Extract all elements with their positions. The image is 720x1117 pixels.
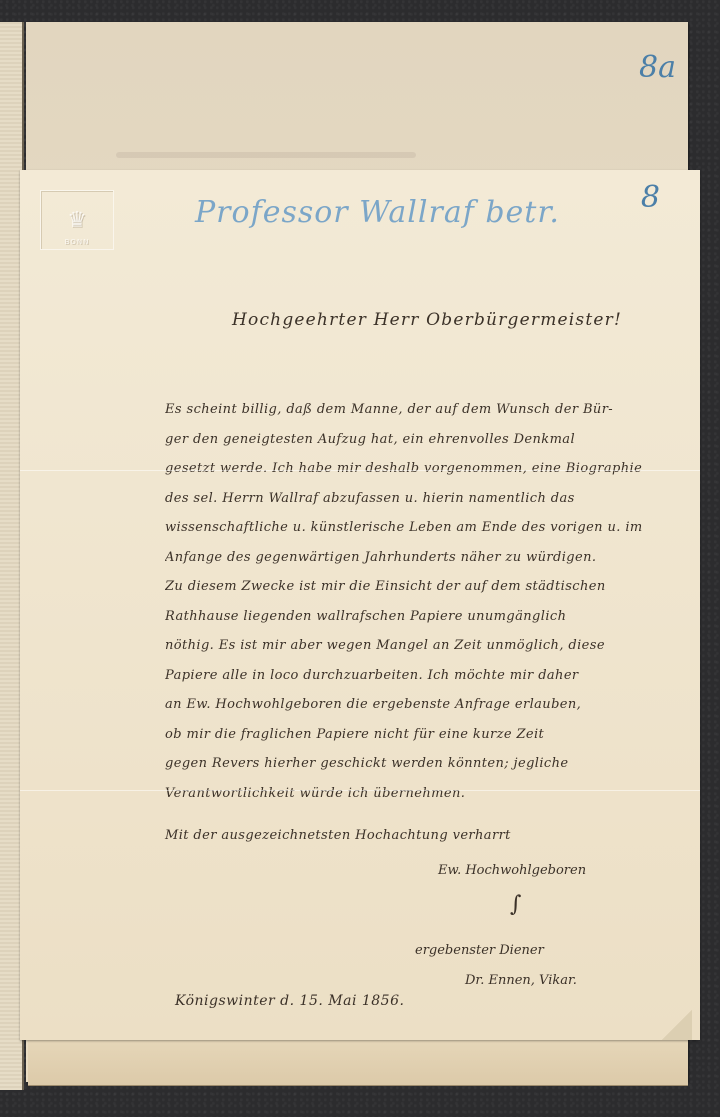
body-line: wissenschaftliche u. künstlerische Leben… [165,513,695,543]
body-line: Verantwortlichkeit würde ich übernehmen. [165,779,695,809]
folio-number-back: 8a [639,50,676,85]
body-line: nöthig. Es ist mir aber wegen Mangel an … [165,631,695,661]
signature-line-1: ergebenster Diener [415,943,544,958]
dateline: Königswinter d. 15. Mai 1856. [175,993,404,1009]
flourish-mark: ∫ [510,892,521,917]
letter-body: Es scheint billig, daß dem Manne, der au… [165,395,695,808]
body-line: des sel. Herrn Wallraf abzufassen u. hie… [165,484,695,514]
bleed-through-text [116,152,416,158]
corner-tear [662,1010,692,1040]
body-line: Es scheint billig, daß dem Manne, der au… [165,395,695,425]
body-line: ger den geneigtesten Aufzug hat, ein ehr… [165,425,695,455]
body-line: Zu diesem Zwecke ist mir die Einsicht de… [165,572,695,602]
body-line: ob mir die fraglichen Papiere nicht für … [165,720,695,750]
crest-emboss-icon: ♛ BONN [40,190,114,250]
salutation: Hochgeehrter Herr Oberbürgermeister! [232,310,622,330]
body-line: gesetzt werde. Ich habe mir deshalb vorg… [165,454,695,484]
emboss-label: BONN [41,238,113,246]
signature-line-2: Dr. Ennen, Vikar. [465,973,577,988]
paper-fold [20,470,700,471]
body-line: an Ew. Hochwohlgeboren die ergebenste An… [165,690,695,720]
folio-number-front: 8 [641,180,660,215]
closing-address: Ew. Hochwohlgeboren [438,863,586,878]
body-line: gegen Revers hierher geschickt werden kö… [165,749,695,779]
body-line: Rathhause liegenden wallrafschen Papiere… [165,602,695,632]
closing-line: Mit der ausgezeichnetsten Hochachtung ve… [165,828,511,843]
pencil-annotation: Professor Wallraf betr. [195,195,560,230]
body-line: Papiere alle in loco durchzuarbeiten. Ic… [165,661,695,691]
letter-sheet: ♛ BONN 8 Professor Wallraf betr. Hochgee… [20,170,700,1040]
paper-fold [20,790,700,791]
body-line: Anfange des gegenwärtigen Jahrhunderts n… [165,543,695,573]
